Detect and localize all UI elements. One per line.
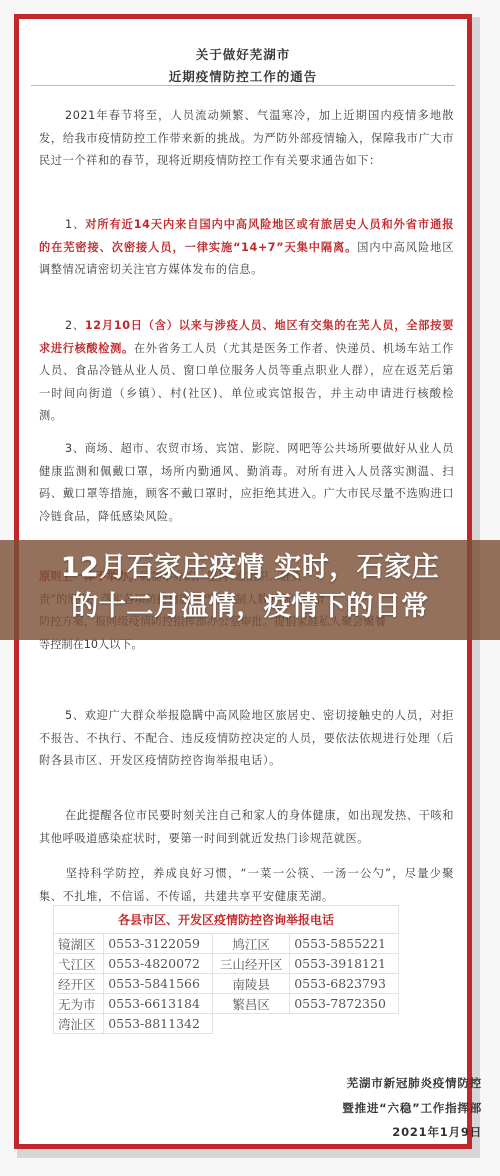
notice-title-line2: 近期疫情防控工作的通告 xyxy=(19,67,467,85)
phone-number: 0553-7872350 xyxy=(290,994,399,1014)
item-5-number: 5、 xyxy=(65,709,85,722)
contact-table: 各县市区、开发区疫情防控咨询举报电话 镜湖区 0553-3122059 鸠江区 … xyxy=(53,905,399,1034)
district: 镜湖区 xyxy=(54,934,104,954)
district: 南陵县 xyxy=(212,974,289,994)
table-row: 无为市 0553-6613184 繁昌区 0553-7872350 xyxy=(54,994,399,1014)
table-row: 经开区 0553-5841566 南陵县 0553-6823793 xyxy=(54,974,399,994)
headline-line2: 的十二月温情，疫情下的日常 xyxy=(0,587,500,626)
phone-number: 0553-3918121 xyxy=(290,954,399,974)
item-1-number: 1、 xyxy=(65,218,85,231)
phone-number: 0553-4820072 xyxy=(104,954,213,974)
district: 无为市 xyxy=(54,994,104,1014)
headline-line1: 12月石家庄疫情 实时，石家庄 xyxy=(0,548,500,587)
item-5: 5、欢迎广大群众举报隐瞒中高风险地区旅居史、密切接触史的人员，对拒不报告、不执行… xyxy=(39,705,454,773)
table-row: 镜湖区 0553-3122059 鸠江区 0553-5855221 xyxy=(54,934,399,954)
item-5-text: 欢迎广大群众举报隐瞒中高风险地区旅居史、密切接触史的人员，对拒不报告、不执行、不… xyxy=(39,709,454,767)
district: 经开区 xyxy=(54,974,104,994)
closing-paragraph: 坚持科学防控，养成良好习惯，“一菜一公筷、一汤一公勺”，尽量少聚集、不扎堆，不信… xyxy=(39,863,454,908)
phone-number: 0553-6613184 xyxy=(104,994,213,1014)
district: 繁昌区 xyxy=(212,994,289,1014)
item-2: 2、12月10日（含）以来与涉疫人员、地区有交集的在芜人员，全部按要求进行核酸检… xyxy=(39,315,454,428)
intro-paragraph: 2021年春节将至，人员流动频繁、气温寒冷，加上近期国内疫情多地散发，给我市疫情… xyxy=(39,105,454,173)
title-divider xyxy=(31,85,455,86)
signature-line2: 暨推进“六稳”工作指挥部 xyxy=(342,1100,482,1116)
district: 三山经开区 xyxy=(212,954,289,974)
item-1: 1、对所有近14天内来自国内中高风险地区或有旅居史人员和外省市通报的在芜密接、次… xyxy=(39,214,454,282)
signature-line1: 芜湖市新冠肺炎疫情防控 xyxy=(347,1075,482,1091)
table-row: 湾沚区 0553-8811342 xyxy=(54,1014,399,1034)
phone-number: 0553-8811342 xyxy=(104,1014,213,1034)
notice-title-line1: 关于做好芜湖市 xyxy=(19,45,467,63)
item-2-number: 2、 xyxy=(65,319,85,332)
phone-number: 0553-5855221 xyxy=(290,934,399,954)
empty-cell xyxy=(212,1014,289,1034)
district: 弋江区 xyxy=(54,954,104,974)
item-3: 3、商场、超市、农贸市场、宾馆、影院、网吧等公共场所要做好从业人员健康监测和佩戴… xyxy=(39,438,454,528)
headline-overlay: 12月石家庄疫情 实时，石家庄 的十二月温情，疫情下的日常 xyxy=(0,548,500,626)
phone-number: 0553-6823793 xyxy=(290,974,399,994)
empty-cell xyxy=(290,1014,399,1034)
signature-date: 2021年1月9日 xyxy=(392,1124,482,1140)
item-3-number: 3、 xyxy=(65,442,85,455)
district: 湾沚区 xyxy=(54,1014,104,1034)
table-row: 弋江区 0553-4820072 三山经开区 0553-3918121 xyxy=(54,954,399,974)
contact-table-header: 各县市区、开发区疫情防控咨询举报电话 xyxy=(54,906,399,934)
item-3-text: 商场、超市、农贸市场、宾馆、影院、网吧等公共场所要做好从业人员健康监测和佩戴口罩… xyxy=(39,442,454,523)
phone-number: 0553-5841566 xyxy=(104,974,213,994)
district: 鸠江区 xyxy=(212,934,289,954)
health-reminder: 在此提醒各位市民要时刻关注自己和家人的身体健康，如出现发热、干咳和其他呼吸道感染… xyxy=(39,805,454,850)
phone-number: 0553-3122059 xyxy=(104,934,213,954)
